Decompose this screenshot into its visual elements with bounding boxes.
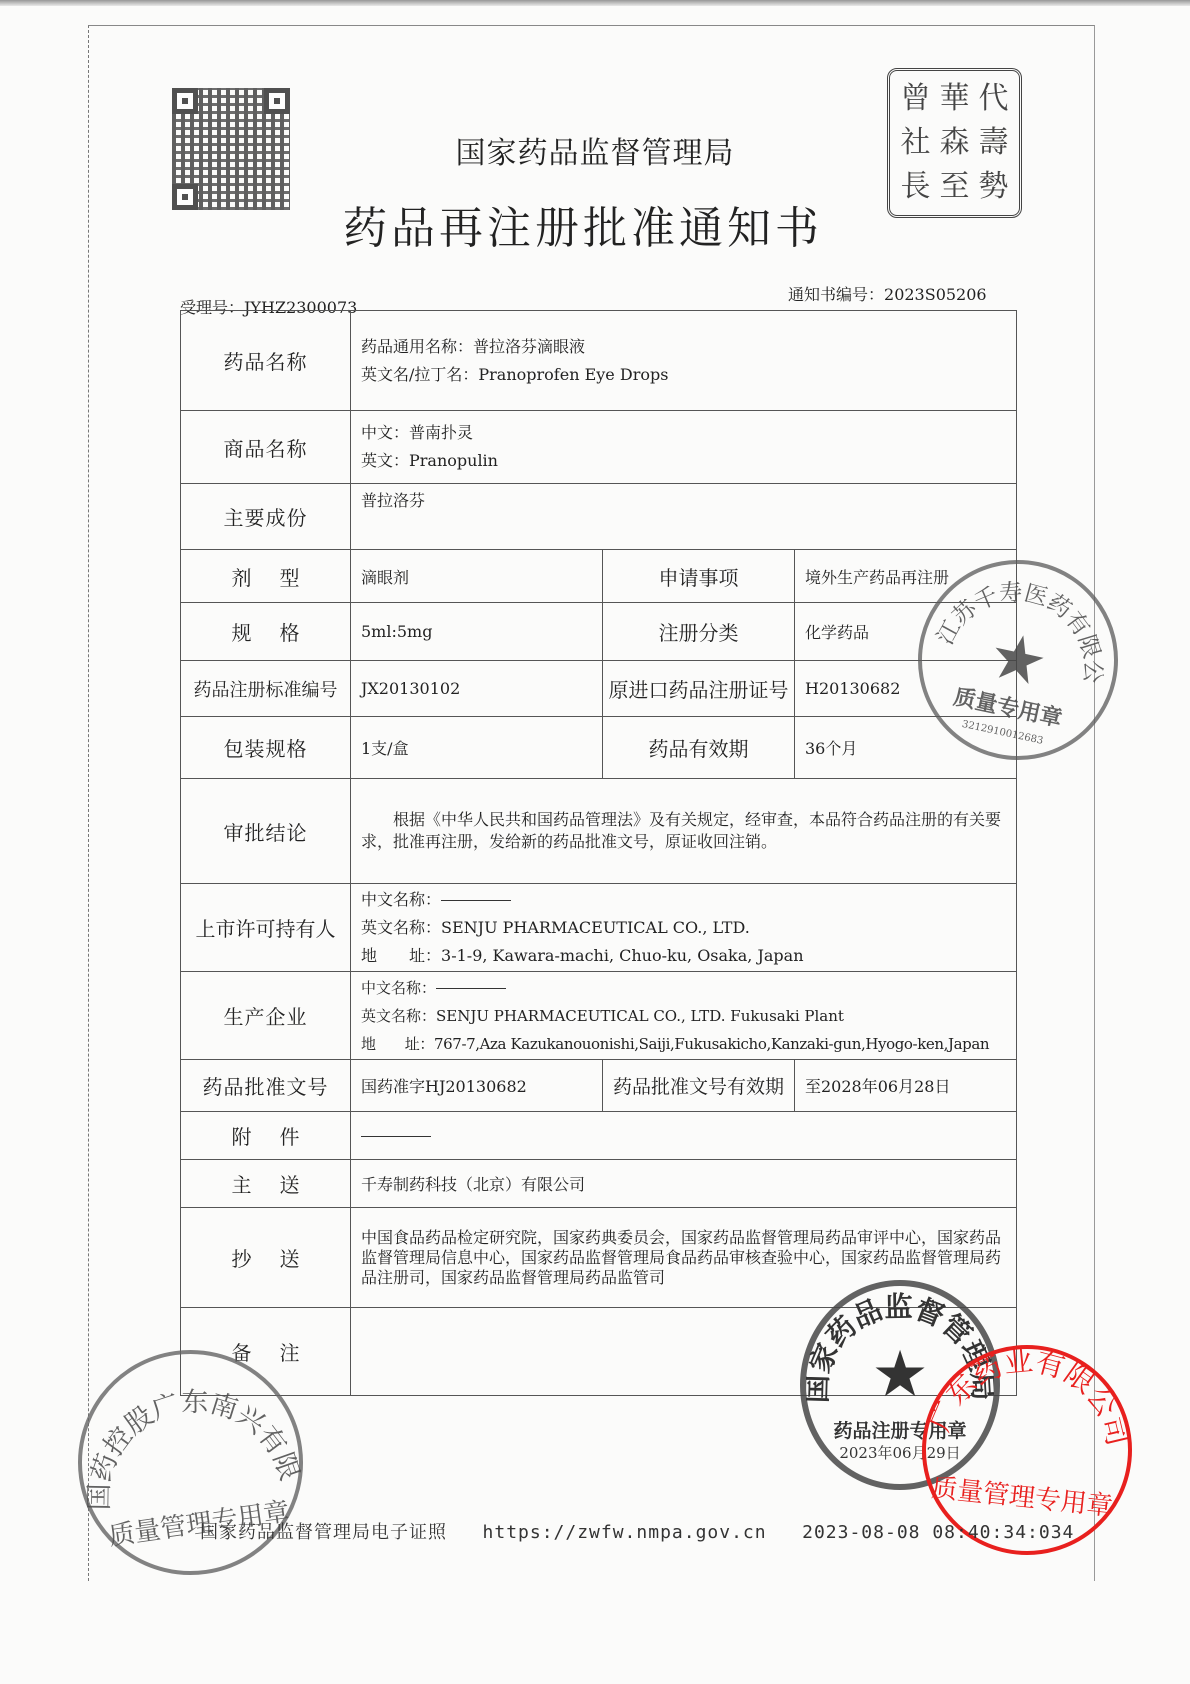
table-row: 主送 千寿制药科技（北京）有限公司 xyxy=(181,1160,1017,1208)
value-trade-name: 中文：普南扑灵 英文：Pranopulin xyxy=(351,411,1017,484)
label-cc: 抄送 xyxy=(181,1208,351,1308)
value-standard-no: JX20130102 xyxy=(351,661,603,717)
label-drug-name: 药品名称 xyxy=(181,311,351,411)
mfr-en-name-value: SENJU PHARMACEUTICAL CO., LTD. Fukusaki … xyxy=(436,1007,844,1025)
generic-name: 药品通用名称：普拉洛芬滴眼液 xyxy=(361,333,1006,361)
label-specification: 规格 xyxy=(181,603,351,661)
trade-name-cn: 中文：普南扑灵 xyxy=(361,419,1006,447)
mfr-en-name-label: 英文名称： xyxy=(361,1007,436,1025)
table-row: 上市许可持有人 中文名称： 英文名称：SENJU PHARMACEUTICAL … xyxy=(181,884,1017,972)
label-dosage-form: 剂型 xyxy=(181,550,351,603)
empty-dash xyxy=(361,1136,431,1137)
value-approval-no: 国药准字HJ20130682 xyxy=(351,1060,603,1112)
value-mah: 中文名称： 英文名称：SENJU PHARMACEUTICAL CO., LTD… xyxy=(351,884,1017,972)
empty-dash xyxy=(441,900,511,901)
mfr-cn-name-label: 中文名称： xyxy=(361,979,436,997)
qr-finder-icon xyxy=(172,88,198,114)
value-conclusion: 根据《中华人民共和国药品管理法》及有关规定，经审查，本品符合药品注册的有关要求，… xyxy=(351,779,1017,884)
mah-en-name-value: SENJU PHARMACEUTICAL CO., LTD. xyxy=(441,918,750,937)
guangdong-quality-seal: 国药控股广东南兴有限公司 质量管理专用章 xyxy=(63,1335,317,1589)
value-specification: 5ml:5mg xyxy=(351,603,603,661)
notice-number-label: 通知书编号： xyxy=(788,285,884,304)
value-dosage-form: 滴眼剂 xyxy=(351,550,603,603)
table-row: 生产企业 中文名称： 英文名称：SENJU PHARMACEUTICAL CO.… xyxy=(181,972,1017,1060)
seal-char: 曾 xyxy=(901,84,931,114)
table-row: 主要成份 普拉洛芬 xyxy=(181,484,1017,550)
label-mah: 上市许可持有人 xyxy=(181,884,351,972)
mfr-address-value: 767-7,Aza Kazukanouonishi,Saiji,Fukusaki… xyxy=(434,1035,989,1053)
qr-finder-icon xyxy=(264,88,290,114)
table-row: 剂型 滴眼剂 申请事项 境外生产药品再注册 xyxy=(181,550,1017,603)
value-main-ingredient: 普拉洛芬 xyxy=(351,484,1017,550)
table-row: 商品名称 中文：普南扑灵 英文：Pranopulin xyxy=(181,411,1017,484)
table-row: 药品名称 药品通用名称：普拉洛芬滴眼液 英文名/拉丁名：Pranoprofen … xyxy=(181,311,1017,411)
svg-text:江苏千寿医药有限公司: 江苏千寿医药有限公司 xyxy=(911,546,1130,688)
label-application-item: 申请事项 xyxy=(603,550,795,603)
english-latin-name: 英文名/拉丁名：Pranoprofen Eye Drops xyxy=(361,361,1006,389)
svg-text:广东药业有限公司: 广东药业有限公司 xyxy=(921,1339,1138,1455)
label-standard-no: 药品注册标准编号 xyxy=(181,661,351,717)
trade-name-en: 英文：Pranopulin xyxy=(361,447,1006,475)
value-package: 1支/盒 xyxy=(351,717,603,779)
seal-char: 代 xyxy=(979,84,1009,114)
mah-en-name-label: 英文名称： xyxy=(361,918,441,937)
label-recipient: 主送 xyxy=(181,1160,351,1208)
value-drug-name: 药品通用名称：普拉洛芬滴眼液 英文名/拉丁名：Pranoprofen Eye D… xyxy=(351,311,1017,411)
notice-number-value: 2023S05206 xyxy=(884,285,987,304)
mah-address-value: 3-1-9, Kawara-machi, Chuo-ku, Osaka, Jap… xyxy=(441,946,803,965)
mfr-address: 地 址：767-7,Aza Kazukanouonishi,Saiji,Fuku… xyxy=(361,1030,1006,1058)
table-row: 药品批准文号 国药准字HJ20130682 药品批准文号有效期 至2028年06… xyxy=(181,1060,1017,1112)
agency-name: 国家药品监督管理局 xyxy=(0,128,1190,172)
mah-cn-name: 中文名称： xyxy=(361,886,1006,914)
value-approval-validity: 至2028年06月28日 xyxy=(795,1060,1017,1112)
label-package: 包装规格 xyxy=(181,717,351,779)
approval-table: 药品名称 药品通用名称：普拉洛芬滴眼液 英文名/拉丁名：Pranoprofen … xyxy=(180,310,1017,1396)
mfr-cn-name: 中文名称： xyxy=(361,974,1006,1002)
footer-url[interactable]: https://zwfw.nmpa.gov.cn xyxy=(483,1522,767,1543)
label-approval-no: 药品批准文号 xyxy=(181,1060,351,1112)
table-row: 药品注册标准编号 JX20130102 原进口药品注册证号 H20130682 xyxy=(181,661,1017,717)
label-attachment: 附件 xyxy=(181,1112,351,1160)
label-orig-import-cert: 原进口药品注册证号 xyxy=(603,661,795,717)
label-trade-name: 商品名称 xyxy=(181,411,351,484)
mah-en-name: 英文名称：SENJU PHARMACEUTICAL CO., LTD. xyxy=(361,914,1006,942)
label-manufacturer: 生产企业 xyxy=(181,972,351,1060)
svg-text:国药控股广东南兴有限公司: 国药控股广东南兴有限公司 xyxy=(68,1340,306,1516)
mah-address: 地 址：3-1-9, Kawara-machi, Chuo-ku, Osaka,… xyxy=(361,942,1006,970)
notice-number: 通知书编号：2023S05206 xyxy=(788,282,987,305)
scan-top-edge xyxy=(0,0,1190,6)
mah-cn-name-label: 中文名称： xyxy=(361,890,441,909)
mah-address-label: 地 址： xyxy=(361,946,441,965)
empty-dash xyxy=(436,988,506,989)
label-conclusion: 审批结论 xyxy=(181,779,351,884)
value-attachment xyxy=(351,1112,1017,1160)
mfr-address-label: 地 址： xyxy=(361,1035,434,1053)
label-shelf-life: 药品有效期 xyxy=(603,717,795,779)
label-registration-class: 注册分类 xyxy=(603,603,795,661)
electronic-cert-footer: 国家药品监督管理局电子证照 https://zwfw.nmpa.gov.cn 2… xyxy=(200,1518,1074,1544)
label-main-ingredient: 主要成份 xyxy=(181,484,351,550)
table-row: 附件 xyxy=(181,1112,1017,1160)
value-recipient: 千寿制药科技（北京）有限公司 xyxy=(351,1160,1017,1208)
table-row: 规格 5ml:5mg 注册分类 化学药品 xyxy=(181,603,1017,661)
footer-source: 国家药品监督管理局电子证照 xyxy=(200,1522,447,1543)
seal-char: 華 xyxy=(940,84,970,114)
table-row: 包装规格 1支/盒 药品有效期 36个月 xyxy=(181,717,1017,779)
document-title: 药品再注册批准通知书 xyxy=(0,192,1178,256)
value-manufacturer: 中文名称： 英文名称：SENJU PHARMACEUTICAL CO., LTD… xyxy=(351,972,1017,1060)
table-row: 审批结论 根据《中华人民共和国药品管理法》及有关规定，经审查，本品符合药品注册的… xyxy=(181,779,1017,884)
label-approval-validity: 药品批准文号有效期 xyxy=(603,1060,795,1112)
footer-timestamp: 2023-08-08 08:40:34:034 xyxy=(802,1522,1074,1543)
mfr-en-name: 英文名称：SENJU PHARMACEUTICAL CO., LTD. Fuku… xyxy=(361,1002,1006,1030)
